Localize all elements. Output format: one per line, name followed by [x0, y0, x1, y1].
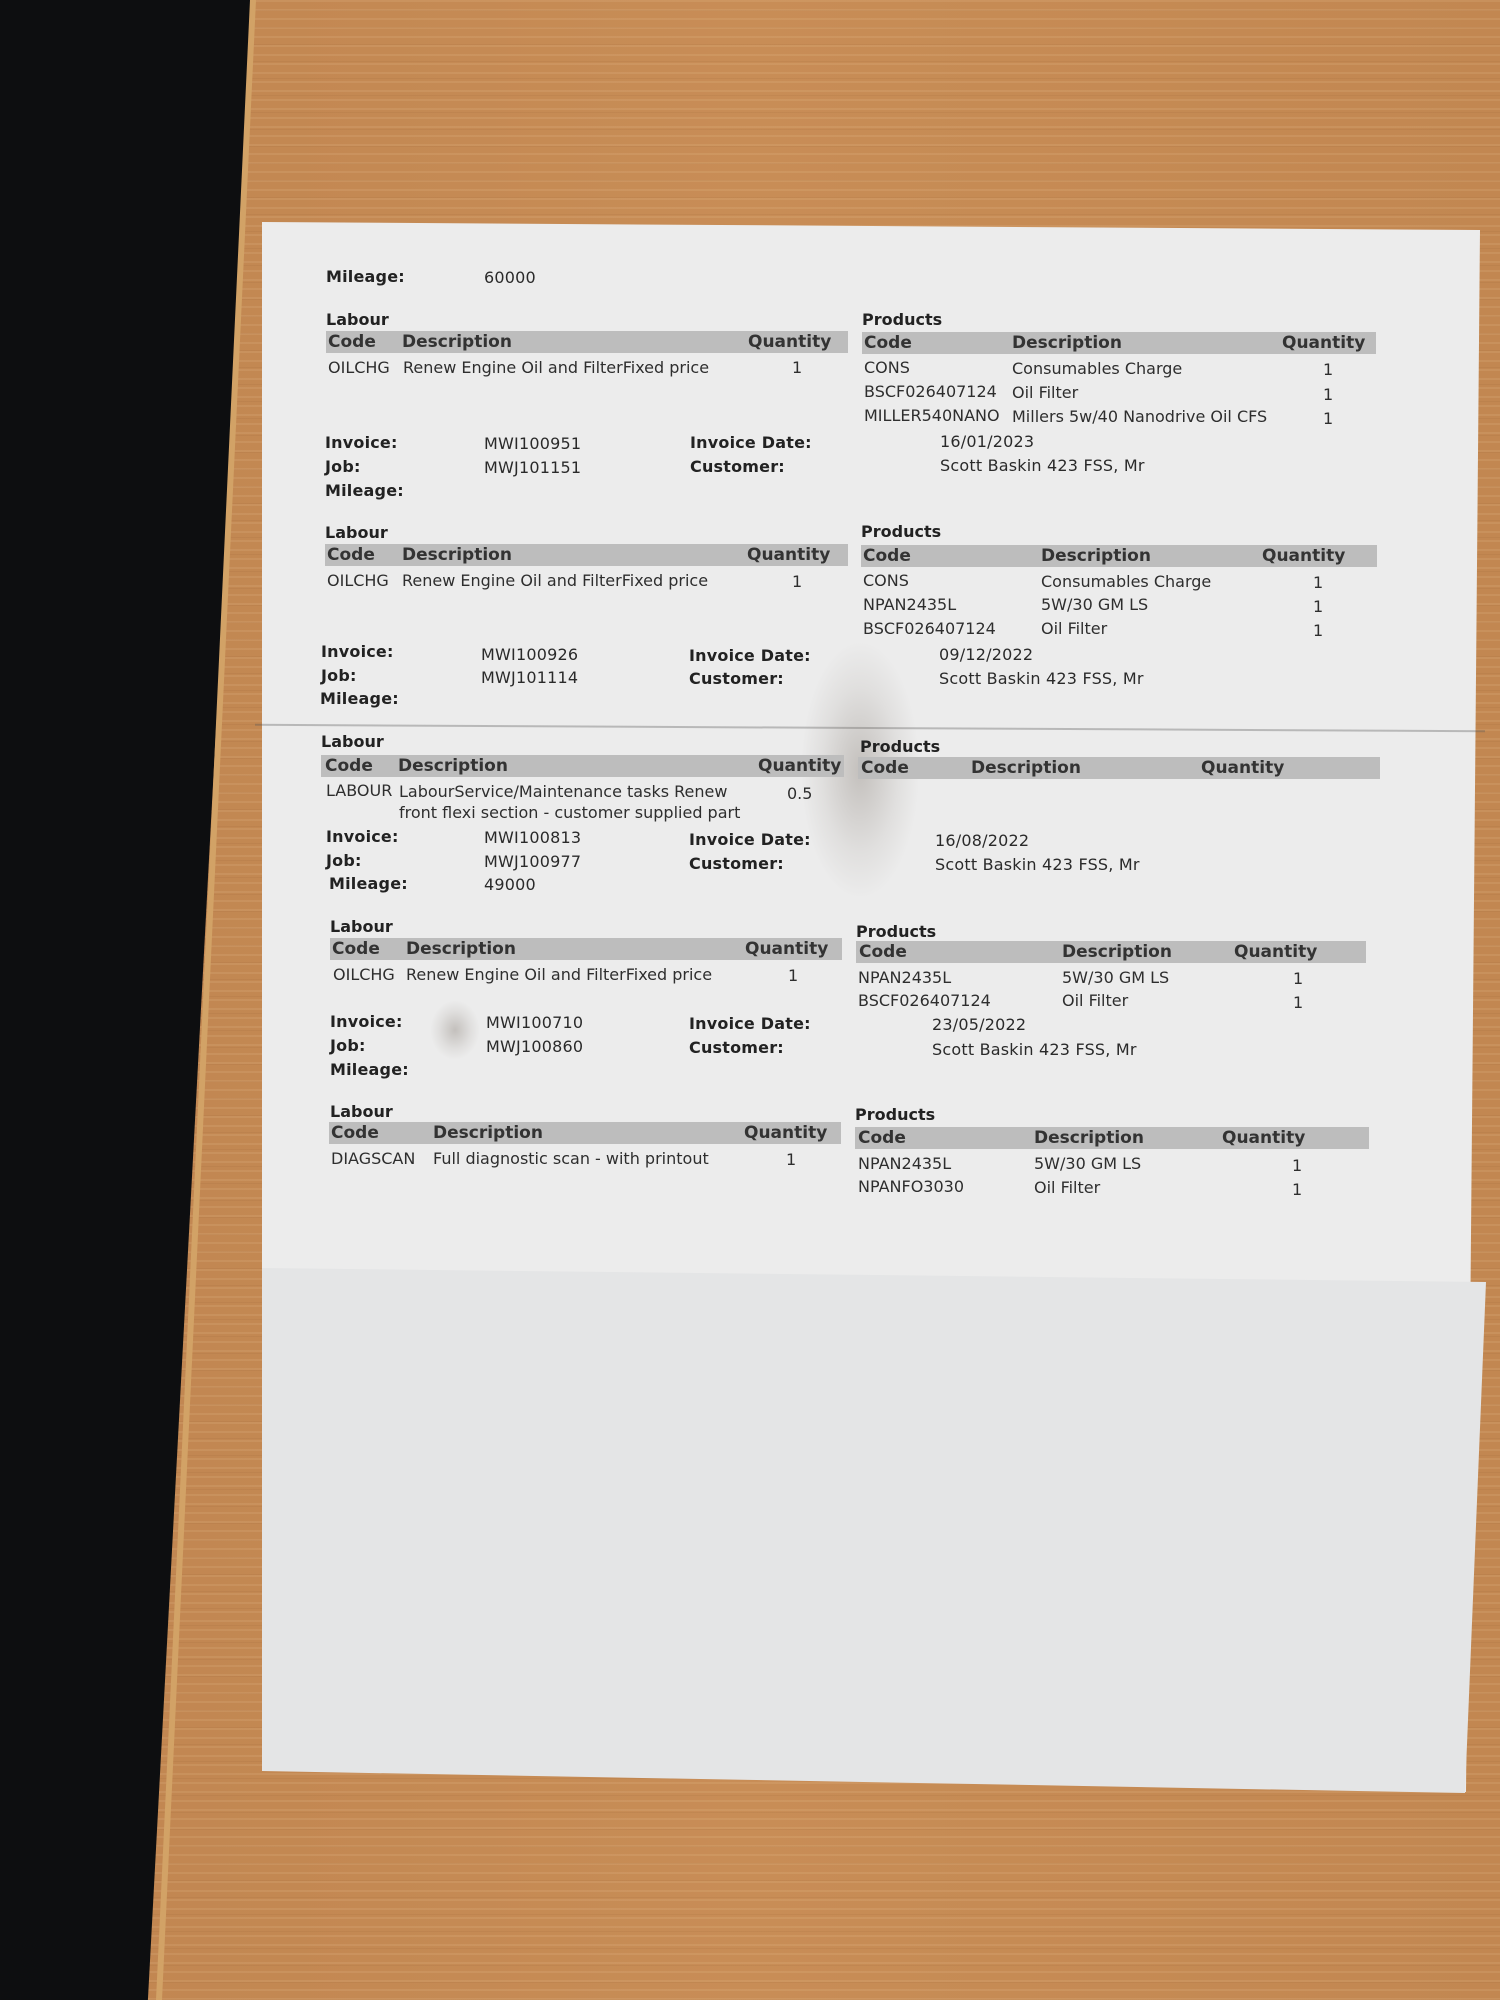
products-section-title: Products — [861, 522, 941, 541]
col-code: Code — [859, 942, 907, 962]
labour-section-title: Labour — [321, 732, 384, 751]
labour-code: LABOUR — [326, 781, 392, 800]
invoice-label: Invoice: — [326, 827, 399, 846]
product-description: 5W/30 GM LS — [1062, 968, 1169, 987]
product-quantity: 1 — [1293, 969, 1303, 988]
labour-table-header: Code Description Quantity — [326, 331, 848, 353]
products-table-header: Code Description Quantity — [858, 757, 1380, 779]
product-quantity: 1 — [1292, 1156, 1302, 1175]
labour-section-title: Labour — [330, 1102, 393, 1121]
labour-quantity: 0.5 — [787, 784, 812, 803]
col-code: Code — [328, 332, 376, 352]
col-quantity: Quantity — [1234, 942, 1317, 962]
labour-section-title: Labour — [326, 310, 389, 329]
products-table-header: Code Description Quantity — [862, 332, 1376, 354]
mileage-label: Mileage: — [325, 481, 404, 500]
invoice-date-value: 23/05/2022 — [932, 1015, 1026, 1034]
invoice-label: Invoice: — [330, 1012, 403, 1031]
service-history-document: Mileage: 60000 Labour Code Description Q… — [0, 0, 1500, 2000]
col-description: Description — [1041, 546, 1151, 566]
invoice-label: Invoice: — [321, 642, 394, 661]
col-code: Code — [863, 546, 911, 566]
labour-quantity: 1 — [786, 1150, 796, 1169]
product-code: BSCF026407124 — [858, 991, 991, 1010]
products-section-title: Products — [855, 1105, 935, 1124]
products-section-title: Products — [856, 922, 936, 941]
job-label: Job: — [330, 1036, 366, 1055]
col-code: Code — [325, 756, 373, 776]
invoice-date-label: Invoice Date: — [689, 830, 811, 849]
col-description: Description — [1012, 333, 1122, 353]
col-description: Description — [971, 758, 1081, 778]
product-code: CONS — [864, 358, 910, 377]
labour-section-title: Labour — [325, 523, 388, 542]
col-quantity: Quantity — [748, 332, 831, 352]
product-description: Oil Filter — [1012, 383, 1078, 402]
mileage-value: 49000 — [484, 875, 536, 894]
labour-code: DIAGSCAN — [331, 1149, 415, 1168]
invoice-number: MWI100926 — [481, 645, 578, 664]
job-label: Job: — [326, 851, 362, 870]
products-table-header: Code Description Quantity — [856, 941, 1366, 963]
job-number: MWJ100977 — [484, 852, 581, 871]
col-quantity: Quantity — [744, 1123, 827, 1143]
product-description: Consumables Charge — [1012, 359, 1182, 378]
customer-label: Customer: — [690, 457, 785, 476]
invoice-date-label: Invoice Date: — [689, 1014, 811, 1033]
product-quantity: 1 — [1323, 385, 1333, 404]
product-code: BSCF026407124 — [864, 382, 997, 401]
col-code: Code — [332, 939, 380, 959]
labour-section-title: Labour — [330, 917, 393, 936]
product-description: 5W/30 GM LS — [1041, 595, 1148, 614]
col-description: Description — [402, 545, 512, 565]
mileage-label: Mileage: — [330, 1060, 409, 1079]
invoice-date-value: 16/01/2023 — [940, 432, 1034, 451]
col-description: Description — [402, 332, 512, 352]
product-quantity: 1 — [1313, 621, 1323, 640]
col-quantity: Quantity — [1262, 546, 1345, 566]
product-description: Millers 5w/40 Nanodrive Oil CFS — [1012, 407, 1267, 426]
col-quantity: Quantity — [747, 545, 830, 565]
product-quantity: 1 — [1292, 1180, 1302, 1199]
invoice-number: MWI100951 — [484, 434, 581, 453]
mileage-label: Mileage: — [320, 689, 399, 708]
invoice-date-value: 16/08/2022 — [935, 831, 1029, 850]
col-code: Code — [861, 758, 909, 778]
labour-table-header: Code Description Quantity — [330, 938, 842, 960]
job-number: MWJ100860 — [486, 1037, 583, 1056]
col-description: Description — [398, 756, 508, 776]
col-description: Description — [433, 1123, 543, 1143]
invoice-number: MWI100710 — [486, 1013, 583, 1032]
labour-description-line2: front flexi section - customer supplied … — [399, 803, 740, 822]
col-description: Description — [1034, 1128, 1144, 1148]
product-quantity: 1 — [1313, 597, 1323, 616]
customer-label: Customer: — [689, 854, 784, 873]
invoice-date-value: 09/12/2022 — [939, 645, 1033, 664]
col-quantity: Quantity — [1201, 758, 1284, 778]
labour-description: LabourService/Maintenance tasks Renew — [399, 782, 727, 801]
products-section-title: Products — [862, 310, 942, 329]
product-description: Oil Filter — [1041, 619, 1107, 638]
product-code: NPAN2435L — [863, 595, 956, 614]
col-code: Code — [327, 545, 375, 565]
labour-quantity: 1 — [792, 572, 802, 591]
products-table-header: Code Description Quantity — [861, 545, 1377, 567]
labour-quantity: 1 — [792, 358, 802, 377]
product-description: Consumables Charge — [1041, 572, 1211, 591]
product-code: BSCF026407124 — [863, 619, 996, 638]
invoice-date-label: Invoice Date: — [690, 433, 812, 452]
products-table-header: Code Description Quantity — [855, 1127, 1369, 1149]
product-quantity: 1 — [1323, 409, 1333, 428]
customer-value: Scott Baskin 423 FSS, Mr — [932, 1040, 1137, 1059]
col-code: Code — [858, 1128, 906, 1148]
invoice-number: MWI100813 — [484, 828, 581, 847]
labour-description: Renew Engine Oil and FilterFixed price — [406, 965, 712, 984]
customer-value: Scott Baskin 423 FSS, Mr — [935, 855, 1140, 874]
mileage-label: Mileage: — [326, 267, 405, 286]
col-code: Code — [331, 1123, 379, 1143]
invoice-date-label: Invoice Date: — [689, 646, 811, 665]
product-code: NPAN2435L — [858, 1154, 951, 1173]
col-quantity: Quantity — [758, 756, 841, 776]
product-quantity: 1 — [1313, 573, 1323, 592]
labour-code: OILCHG — [328, 358, 390, 377]
col-code: Code — [864, 333, 912, 353]
job-label: Job: — [325, 457, 361, 476]
product-description: Oil Filter — [1062, 991, 1128, 1010]
customer-label: Customer: — [689, 1038, 784, 1057]
col-quantity: Quantity — [745, 939, 828, 959]
customer-value: Scott Baskin 423 FSS, Mr — [939, 669, 1144, 688]
labour-table-header: Code Description Quantity — [329, 1122, 841, 1144]
mileage-label: Mileage: — [329, 874, 408, 893]
labour-table-header: Code Description Quantity — [325, 544, 848, 566]
product-quantity: 1 — [1293, 993, 1303, 1012]
labour-description: Renew Engine Oil and FilterFixed price — [403, 358, 709, 377]
col-quantity: Quantity — [1222, 1128, 1305, 1148]
col-description: Description — [1062, 942, 1172, 962]
job-number: MWJ101114 — [481, 668, 578, 687]
job-number: MWJ101151 — [484, 458, 581, 477]
customer-value: Scott Baskin 423 FSS, Mr — [940, 456, 1145, 475]
product-description: 5W/30 GM LS — [1034, 1154, 1141, 1173]
invoice-label: Invoice: — [325, 433, 398, 452]
product-code: NPAN2435L — [858, 968, 951, 987]
labour-description: Full diagnostic scan - with printout — [433, 1149, 709, 1168]
products-section-title: Products — [860, 737, 940, 756]
product-quantity: 1 — [1323, 360, 1333, 379]
product-code: MILLER540NANO — [864, 406, 1000, 425]
product-code: CONS — [863, 571, 909, 590]
product-code: NPANFO3030 — [858, 1177, 964, 1196]
labour-quantity: 1 — [788, 966, 798, 985]
labour-table-header: Code Description Quantity — [321, 755, 844, 777]
mileage-value: 60000 — [484, 268, 536, 287]
labour-code: OILCHG — [333, 965, 395, 984]
col-quantity: Quantity — [1282, 333, 1365, 353]
job-label: Job: — [321, 666, 357, 685]
product-description: Oil Filter — [1034, 1178, 1100, 1197]
customer-label: Customer: — [689, 669, 784, 688]
labour-code: OILCHG — [327, 571, 389, 590]
labour-description: Renew Engine Oil and FilterFixed price — [402, 571, 708, 590]
col-description: Description — [406, 939, 516, 959]
